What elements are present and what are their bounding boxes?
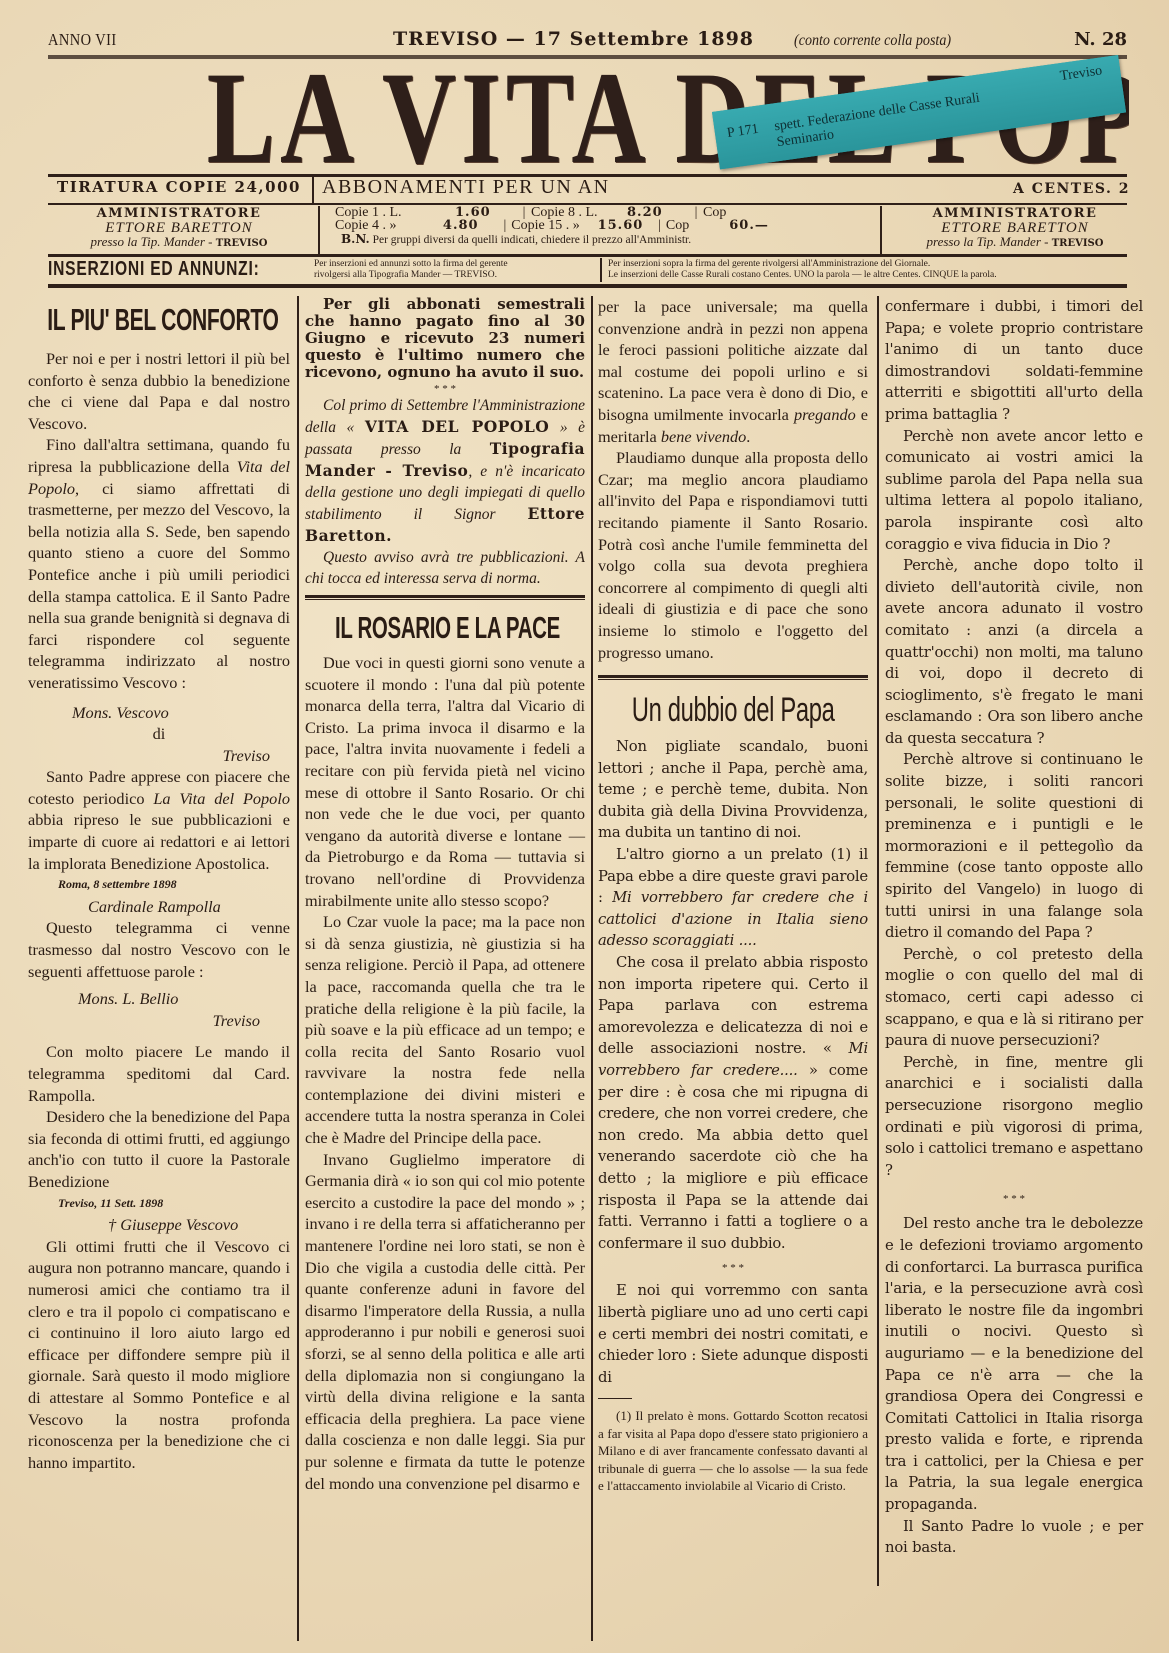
column-2: Per gli abbonati semestrali che hanno pa… — [305, 296, 585, 1643]
admin-right-presso: presso la Tip. Mander - — [927, 234, 1049, 249]
divider — [312, 176, 314, 204]
dateline: TREVISO — 17 Settembre 1898 — [393, 28, 754, 50]
admin-left-title: AMMINISTRATORE — [48, 207, 310, 221]
ads-note-right: Per inserzioni sopra la firma del gerent… — [608, 259, 997, 281]
letter-date: Treviso, 11 Sett. 1898 — [28, 1193, 290, 1215]
price-value: 4.80 — [443, 219, 499, 232]
ads-note-left-1: Per inserzioni ed annunzi sotto la firma… — [314, 259, 508, 270]
label-code: P 171 — [726, 122, 760, 142]
divider — [600, 258, 602, 282]
subscriber-notice: Per gli abbonati semestrali che hanno pa… — [305, 296, 585, 381]
price-copies: Copie 15 . » — [511, 219, 597, 232]
top-info-line: ANNO VII TREVISO — 17 Settembre 1898 (co… — [48, 28, 1127, 52]
section-rule — [305, 595, 585, 600]
price-value: 15.60 — [598, 219, 654, 232]
admin-left-address: presso la Tip. Mander - TREVISO — [48, 235, 310, 251]
ads-note-right-2: Le inserzioni delle Casse Rurali costano… — [608, 270, 997, 281]
paragraph: Del resto anche tra le debolezze e le de… — [885, 1213, 1143, 1515]
letter-signature: † Giuseppe Vescovo — [28, 1214, 290, 1236]
administration-notice: Col primo di Settembre l'Amministrazione… — [305, 395, 585, 547]
column-rule — [591, 296, 593, 1641]
admin-right-city: TREVISO — [1052, 238, 1104, 249]
letter-paragraph: Desidero che la benedizione del Papa sia… — [28, 1106, 290, 1192]
ads-note-right-1: Per inserzioni sopra la firma del gerent… — [608, 259, 997, 270]
admin-right-address: presso la Tip. Mander - TREVISO — [884, 235, 1146, 251]
column-1: IL PIU' BEL CONFORTO Per noi e per i nos… — [28, 296, 290, 1643]
price-copies: Cop — [666, 219, 689, 232]
newspaper-page: ANNO VII TREVISO — 17 Settembre 1898 (co… — [0, 0, 1169, 1653]
price-per-copy: A CENTES. 2 — [890, 181, 1130, 197]
article-headline-conforto: IL PIU' BEL CONFORTO — [32, 300, 294, 340]
column-3: per la pace universale; ma quella conven… — [598, 296, 868, 1643]
paragraph: Lo Czar vuole la pace; ma la pace non si… — [305, 911, 585, 1149]
telegram-di: di — [28, 723, 290, 745]
asterism: * * * — [305, 385, 585, 393]
paragraph: Perchè, anche dopo tolto il divieto dell… — [885, 555, 1143, 749]
letter-city: Treviso — [28, 1010, 290, 1032]
telegram-date: Roma, 8 settembre 1898 — [28, 874, 290, 896]
header-rule-3 — [48, 254, 1127, 257]
admin-right: AMMINISTRATORE ETTORE BARETTON presso la… — [884, 207, 1146, 251]
paragraph: Perchè, in fine, mentre gli anarchici e … — [885, 1052, 1143, 1182]
paragraph: L'altro giorno a un prelato (1) il Papa … — [598, 844, 868, 952]
ads-note-left-2: rivolgersi alla Tipografia Mander — TREV… — [314, 270, 508, 281]
column-rule — [297, 296, 299, 1641]
paragraph: Perchè non avete ancor letto e comunicat… — [885, 426, 1143, 556]
price-copies: Cop — [703, 206, 726, 219]
ads-label: INSERZIONI ED ANNUNZI: — [48, 258, 260, 281]
footnote: (1) Il prelato è mons. Gottardo Scotton … — [598, 1407, 868, 1495]
volume-year: ANNO VII — [48, 30, 176, 50]
footnote-rule — [598, 1398, 632, 1399]
asterism: * * * — [885, 1195, 1143, 1203]
divider — [318, 206, 320, 254]
postal-note: (conto corrente colla posta) — [794, 32, 951, 50]
paragraph: Non pigliate scandalo, buoni lettori ; a… — [598, 736, 868, 844]
paragraph: Il Santo Padre lo vuole ; e per noi bast… — [885, 1516, 1143, 1559]
paragraph: Invano Guglielmo imperatore di Germania … — [305, 1149, 585, 1495]
article-headline-rosario: IL ROSARIO E LA PACE — [307, 608, 588, 648]
circulation: TIRATURA COPIE 24,000 — [48, 178, 310, 202]
top-rule — [48, 55, 1127, 59]
section-rule — [598, 675, 868, 680]
letter-recipient: Mons. L. Bellio — [28, 988, 290, 1010]
admin-left-name: ETTORE BARETTON — [48, 221, 310, 235]
paragraph: Plaudiamo dunque alla proposta dello Cza… — [598, 447, 868, 663]
price-copies: Copie 4 . » — [335, 219, 443, 232]
admin-right-title: AMMINISTRATORE — [884, 207, 1146, 221]
paragraph: per la pace universale; ma quella conven… — [598, 296, 868, 447]
header-rule-4 — [48, 284, 1127, 288]
telegram-signature: Cardinale Rampolla — [28, 896, 290, 918]
admin-left-presso: presso la Tip. Mander - — [91, 234, 213, 249]
issue-number: N. 28 — [1074, 29, 1127, 50]
subscriptions-title: ABBONAMENTI PER UN AN — [322, 176, 792, 199]
letter-paragraph: Con molto piacere Le mando il telegramma… — [28, 1041, 290, 1106]
paragraph: Fino dall'altra settimana, quando fu rip… — [28, 434, 290, 693]
paragraph: E noi qui vorremmo con santa libertà pig… — [598, 1280, 868, 1388]
paragraph: Per noi e per i nostri lettori il più be… — [28, 348, 290, 434]
admin-left: AMMINISTRATORE ETTORE BARETTON presso la… — [48, 207, 310, 251]
telegram-city: Treviso — [28, 745, 290, 767]
paragraph: Questo telegramma ci venne trasmesso dal… — [28, 917, 290, 982]
subscription-prices: Copie 1 . L. 1.60 | Copie 8 . L. 8.20 | … — [335, 206, 785, 247]
column-rule — [877, 296, 879, 1586]
paragraph: Perchè altrove si continuano le solite b… — [885, 749, 1143, 943]
admin-left-city: TREVISO — [216, 238, 268, 249]
column-4: confermare i dubbi, i timori del Papa; e… — [885, 296, 1143, 1643]
paragraph: confermare i dubbi, i timori del Papa; e… — [885, 296, 1143, 426]
admin-right-name: ETTORE BARETTON — [884, 221, 1146, 235]
price-value: 60.— — [729, 219, 785, 232]
nb-label: B.N. — [341, 232, 370, 246]
nb-text: Per gruppi diversi da quelli indicati, c… — [373, 234, 692, 246]
paragraph: Perchè, o col pretesto della moglie o co… — [885, 944, 1143, 1052]
telegram-recipient: Mons. Vescovo — [28, 702, 290, 724]
asterism: * * * — [598, 1264, 868, 1272]
notice-footer: Questo avviso avrà tre pubblicazioni. A … — [305, 547, 585, 589]
paragraph: Gli ottimi frutti che il Vescovo ci augu… — [28, 1236, 290, 1474]
divider — [880, 206, 882, 254]
prices-row-2: Copie 4 . » 4.80 | Copie 15 . » 15.60 | … — [335, 219, 785, 232]
paragraph: Che cosa il prelato abbia risposto non i… — [598, 952, 868, 1254]
article-headline-dubbio: Un dubbio del Papa — [598, 688, 868, 732]
prices-note: B.N. Per gruppi diversi da quelli indica… — [341, 233, 785, 247]
telegram-body: Santo Padre apprese con piacere che cote… — [28, 766, 290, 874]
ads-note-left: Per inserzioni ed annunzi sotto la firma… — [314, 259, 508, 281]
paragraph: Due voci in questi giorni sono venute a … — [305, 652, 585, 911]
